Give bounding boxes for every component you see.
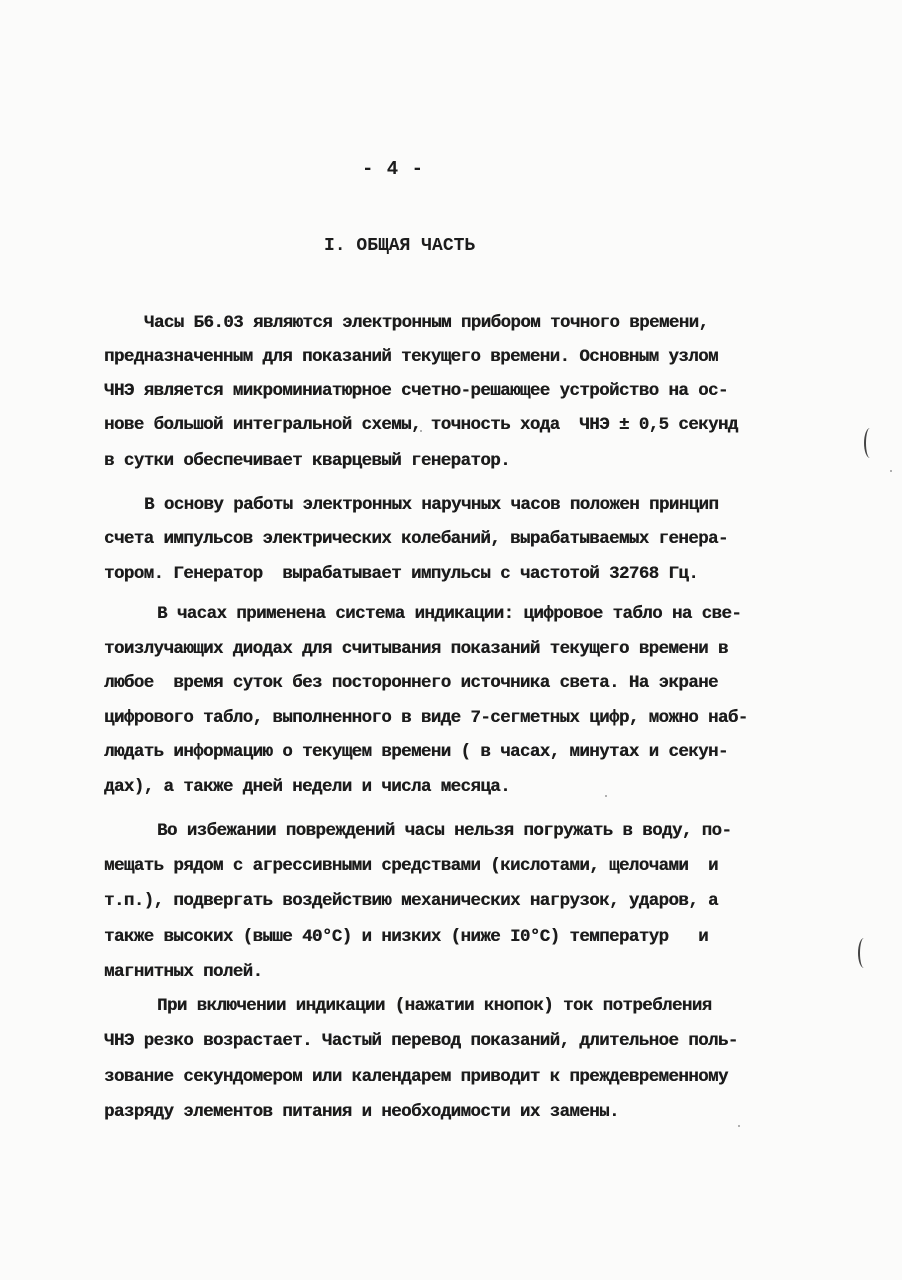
scan-speck (605, 795, 607, 797)
text-line: зование секундомером или календарем прив… (104, 1066, 804, 1088)
text-line: ЧНЭ является микроминиатюрное счетно-реш… (104, 380, 804, 402)
text-line: любое время суток без постороннего источ… (104, 672, 804, 694)
text-line: т.п.), подвергать воздействию механическ… (104, 890, 804, 912)
binding-mark (864, 428, 876, 458)
text-line: предназначенным для показаний текущего в… (104, 346, 804, 368)
text-line: тоизлучающих диодах для считывания показ… (104, 638, 804, 660)
text-line: нове большой интегральной схемы, точност… (104, 414, 804, 436)
scan-speck (890, 470, 892, 472)
page-number: - 4 - (362, 158, 424, 180)
text-line: Во избежании повреждений часы нельзя пог… (157, 820, 857, 842)
text-line: счета импульсов электрических колебаний,… (104, 528, 804, 550)
text-line: разряду элементов питания и необходимост… (104, 1101, 804, 1123)
text-line: в сутки обеспечивает кварцевый генератор… (104, 450, 804, 472)
scan-speck (738, 1125, 740, 1127)
section-title: I. ОБЩАЯ ЧАСТЬ (324, 236, 475, 256)
text-line: ЧНЭ резко возрастает. Частый перевод пок… (104, 1030, 804, 1052)
text-line: магнитных полей. (104, 961, 804, 983)
text-line: также высоких (выше 40°С) и низких (ниже… (104, 926, 804, 948)
binding-mark (858, 938, 870, 968)
text-line: тором. Генератор вырабатывает импульсы с… (104, 563, 804, 585)
text-line: цифрового табло, выполненного в виде 7-с… (104, 707, 804, 729)
text-line: Часы Б6.03 являются электронным прибором… (144, 312, 844, 334)
text-line: В основу работы электронных наручных час… (144, 494, 844, 516)
text-line: При включении индикации (нажатии кнопок)… (157, 995, 857, 1017)
text-line: В часах применена система индикации: циф… (157, 603, 857, 625)
text-line: мещать рядом с агрессивными средствами (… (104, 855, 804, 877)
scan-speck (420, 430, 422, 432)
text-line: людать информацию о текущем времени ( в … (104, 741, 804, 763)
text-line: дах), а также дней недели и числа месяца… (104, 776, 804, 798)
